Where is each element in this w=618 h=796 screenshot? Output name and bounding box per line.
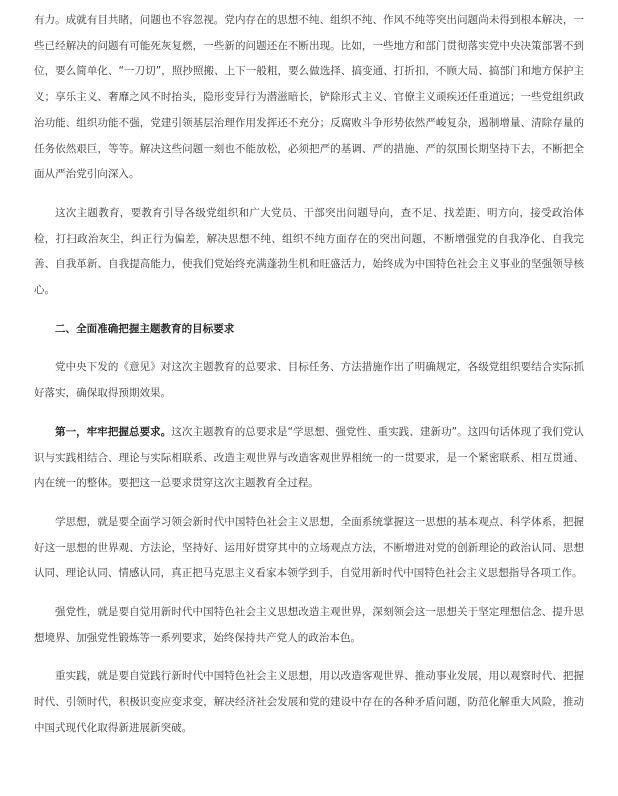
paragraph-body: 这次主题教育，要教育引导各级党组织和广大党员、干部突出问题导向，查不足、找差距、… [34, 201, 584, 304]
paragraph-gap [34, 407, 584, 420]
paragraph-gap [34, 651, 584, 664]
paragraph-body: 强党性，就是要自觉用新时代中国特色社会主义思想改造主观世界，深刻领会这一思想关于… [34, 600, 584, 651]
paragraph-gap [34, 188, 584, 201]
paragraph-body: 重实践，就是要自觉践行新时代中国特色社会主义思想，用以改造客观世界、推动事业发展… [34, 664, 584, 741]
paragraph-gap [34, 304, 584, 317]
paragraph-gap [34, 342, 584, 355]
paragraph-continuation: 有力。成就有目共睹，问题也不容忽视。党内存在的思想不纯、组织不纯、作风不纯等突出… [34, 8, 584, 188]
section-heading: 二、全面准确把握主题教育的目标要求 [34, 317, 584, 343]
paragraph-body: 学思想，就是要全面学习领会新时代中国特色社会主义思想，全面系统掌握这一思想的基本… [34, 510, 584, 587]
document-body: 有力。成就有目共睹，问题也不容忽视。党内存在的思想不纯、组织不纯、作风不纯等突出… [34, 8, 584, 742]
paragraph-lead: 第一，牢牢把握总要求。 [55, 426, 171, 438]
paragraph-gap [34, 587, 584, 600]
paragraph-gap [34, 497, 584, 510]
paragraph-body: 党中央下发的《意见》对这次主题教育的总要求、目标任务、方法措施作出了明确规定，各… [34, 355, 584, 406]
paragraph-body-lead: 第一，牢牢把握总要求。这次主题教育的总要求是“学思想、强党性、重实践、建新功”。… [34, 420, 584, 497]
